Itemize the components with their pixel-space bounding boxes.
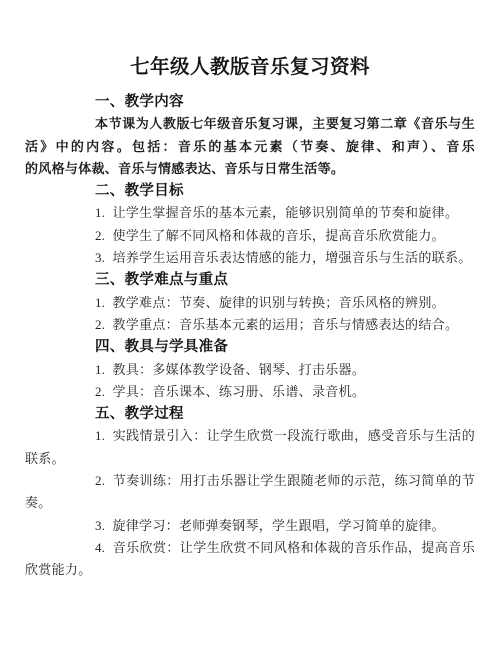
paragraph-line: 3. 培养学生运用音乐表达情感的能力，增强音乐与生活的联系。 <box>25 247 475 269</box>
paragraph-line: 活》中的内容。包括：音乐的基本元素（节奏、旋律、和声）、音乐 <box>25 136 475 158</box>
paragraph-line: 2. 节奏训练：用打击乐器让学生跟随老师的示范，练习简单的节 <box>25 470 475 492</box>
paragraph-line: 2. 学具：音乐课本、练习册、乐谱、录音机。 <box>25 381 475 403</box>
paragraph-line: 2. 教学重点：音乐基本元素的运用；音乐与情感表达的结合。 <box>25 314 475 336</box>
paragraph-line: 1. 教学难点：节奏、旋律的识别与转换；音乐风格的辨别。 <box>25 292 475 314</box>
paragraph-line: 联系。 <box>25 448 475 470</box>
paragraph-line: 奏。 <box>25 492 475 514</box>
paragraph-line: 欣赏能力。 <box>25 559 475 581</box>
paragraph-line: 的风格与体裁、音乐与情感表达、音乐与日常生活等。 <box>25 158 475 180</box>
section-heading: 一、教学内容 <box>25 91 475 113</box>
paragraph-line: 1. 教具：多媒体教学设备、钢琴、打击乐器。 <box>25 359 475 381</box>
document-page: 七年级人教版音乐复习资料 一、教学内容本节课为人教版七年级音乐复习课，主要复习第… <box>0 0 500 647</box>
section-heading: 四、教具与学具准备 <box>25 336 475 358</box>
section-heading: 五、教学过程 <box>25 403 475 425</box>
document-lines: 一、教学内容本节课为人教版七年级音乐复习课，主要复习第二章《音乐与生活》中的内容… <box>25 91 475 582</box>
paragraph-line: 1. 让学生掌握音乐的基本元素，能够识别简单的节奏和旋律。 <box>25 202 475 224</box>
paragraph-line: 4. 音乐欣赏：让学生欣赏不同风格和体裁的音乐作品，提高音乐 <box>25 537 475 559</box>
section-heading: 三、教学难点与重点 <box>25 269 475 291</box>
document-content: 七年级人教版音乐复习资料 一、教学内容本节课为人教版七年级音乐复习课，主要复习第… <box>25 0 475 582</box>
section-heading: 二、教学目标 <box>25 180 475 202</box>
document-title: 七年级人教版音乐复习资料 <box>25 52 475 84</box>
paragraph-line: 2. 使学生了解不同风格和体裁的音乐，提高音乐欣赏能力。 <box>25 225 475 247</box>
paragraph-line: 1. 实践情景引入：让学生欣赏一段流行歌曲，感受音乐与生活的 <box>25 425 475 447</box>
paragraph-line: 本节课为人教版七年级音乐复习课，主要复习第二章《音乐与生 <box>25 113 475 135</box>
paragraph-line: 3. 旋律学习：老师弹奏钢琴，学生跟唱，学习简单的旋律。 <box>25 515 475 537</box>
